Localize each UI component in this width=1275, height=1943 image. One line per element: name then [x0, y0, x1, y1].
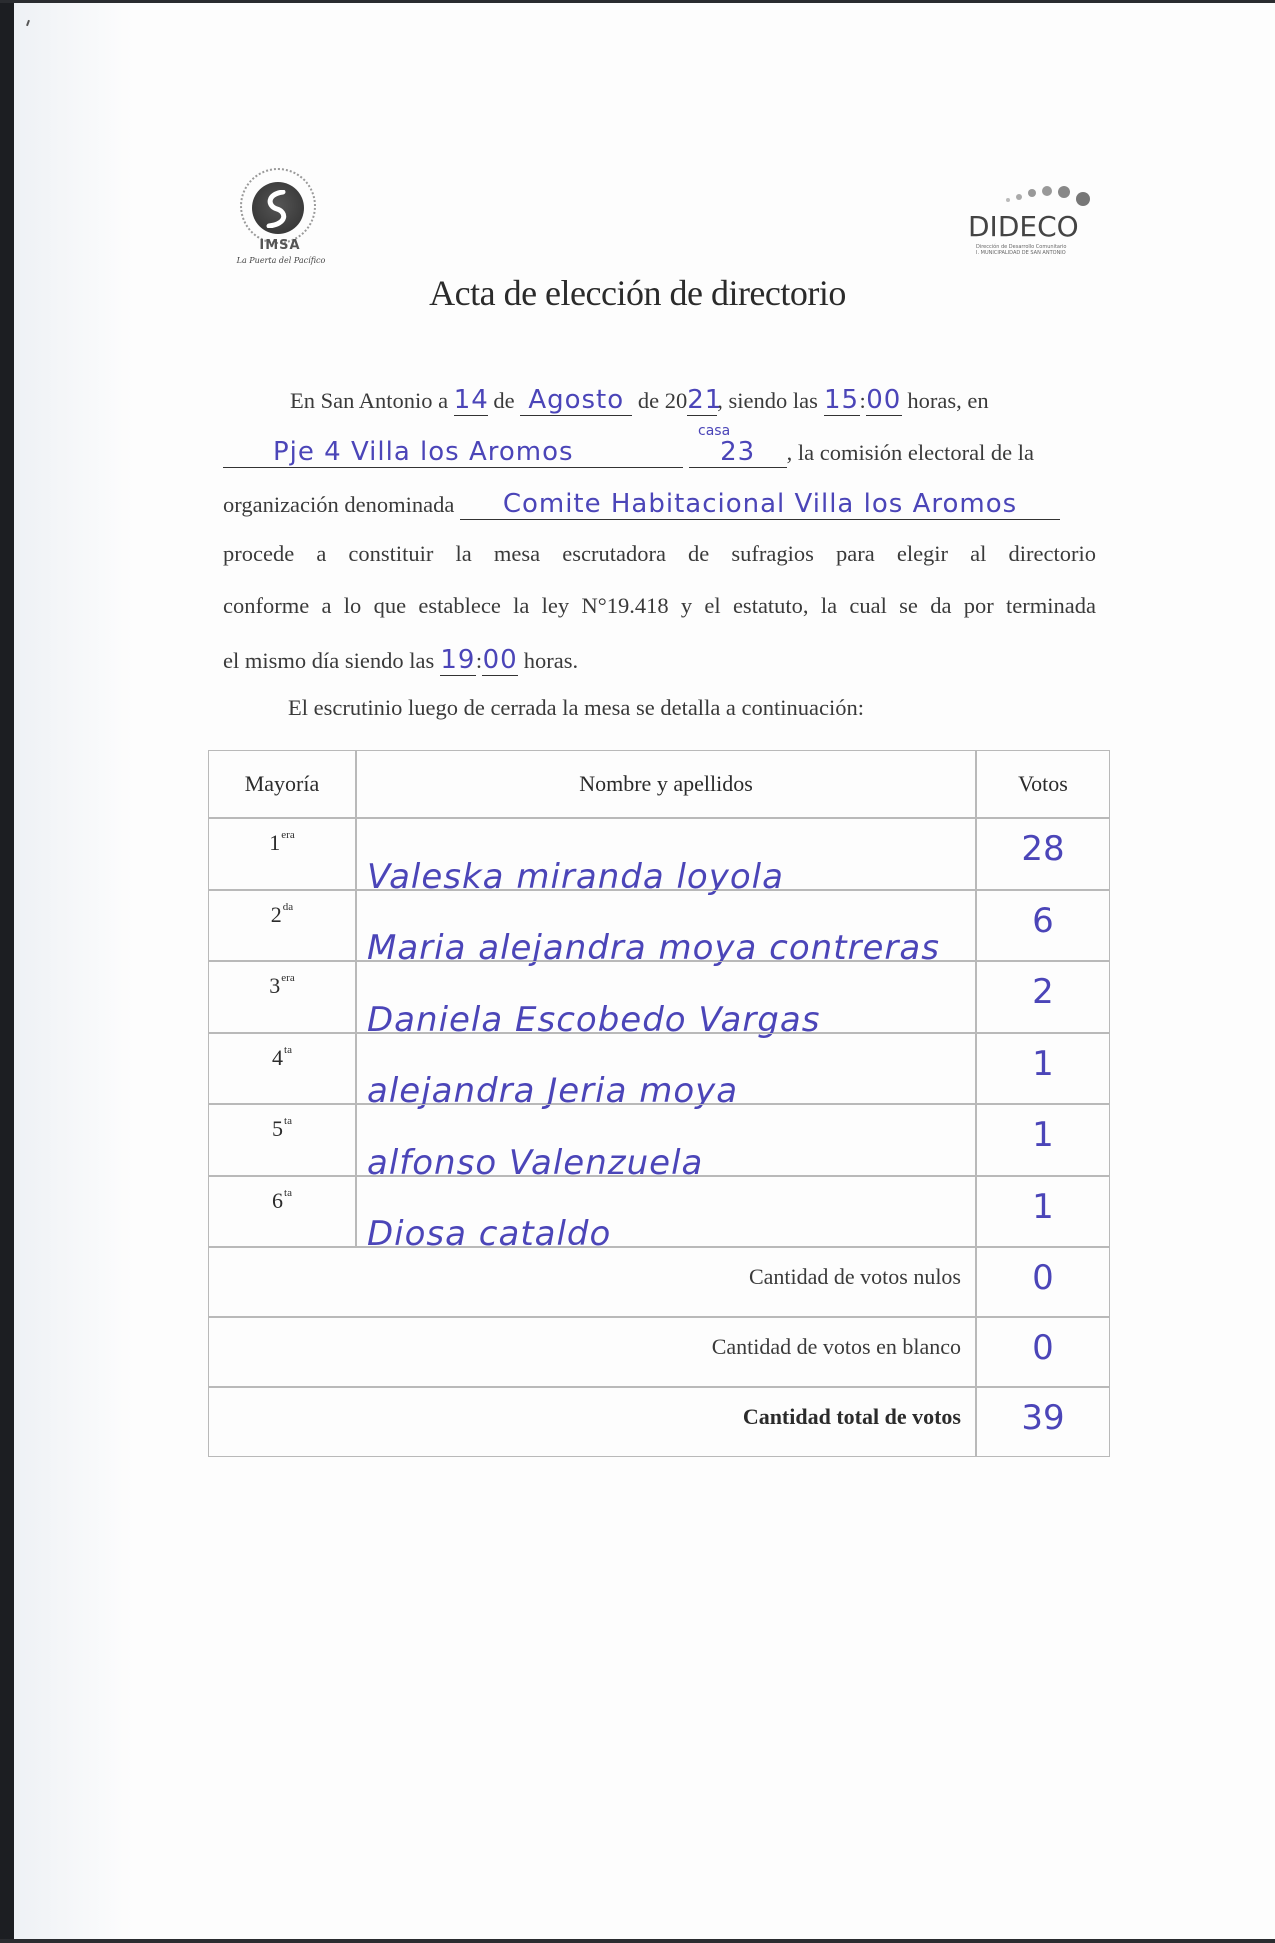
summary-row: Cantidad de votos nulos 0	[208, 1247, 1110, 1317]
river-s-icon	[263, 190, 291, 228]
header-name: Nombre y apellidos	[357, 771, 975, 797]
summary-value: 39	[977, 1398, 1109, 1438]
rank-suffix: era	[281, 972, 294, 984]
rank-cell: 4ta	[208, 1033, 356, 1105]
header-cell-name: Nombre y apellidos	[356, 750, 976, 818]
header-cell-votes: Votos	[976, 750, 1110, 818]
header-cell-rank: Mayoría	[208, 750, 356, 818]
summary-label: Cantidad de votos nulos	[749, 1264, 961, 1290]
imsa-name: IMSA	[250, 238, 310, 253]
rank-label: 4ta	[209, 1044, 355, 1071]
month-field[interactable]: Agosto	[520, 385, 632, 416]
body-line-4: procede a constituir la mesa escrutadora…	[223, 541, 1096, 581]
day-field[interactable]: 14	[454, 385, 488, 416]
header-votes: Votos	[977, 771, 1109, 797]
rank-cell: 1era	[208, 818, 356, 890]
rank-suffix: da	[283, 901, 293, 913]
place-number-field[interactable]: 23	[689, 437, 787, 468]
imsa-tagline: La Puerta del Pacífico	[222, 256, 340, 265]
candidate-votes: 2	[977, 972, 1109, 1012]
candidate-votes: 1	[977, 1115, 1109, 1155]
votes-cell[interactable]: 6	[976, 890, 1110, 962]
summary-label-cell: Cantidad de votos en blanco	[208, 1317, 976, 1387]
text-fragment: el mismo día siendo las	[223, 648, 434, 673]
end-minute-field[interactable]: 00	[482, 645, 518, 676]
rank-label: 3era	[209, 972, 355, 999]
rank-number: 6	[272, 1188, 283, 1213]
summary-value-cell[interactable]: 0	[976, 1247, 1110, 1317]
summary-row: Cantidad de votos en blanco 0	[208, 1317, 1110, 1387]
rank-suffix: ta	[284, 1115, 292, 1127]
votes-cell[interactable]: 1	[976, 1033, 1110, 1105]
place-field[interactable]: Pje 4 Villa los Aromos	[223, 437, 683, 468]
rank-label: 5ta	[209, 1115, 355, 1142]
results-intro: El escrutinio luego de cerrada la mesa s…	[288, 695, 864, 721]
text-fragment: En San Antonio a	[290, 388, 448, 413]
summary-label: Cantidad total de votos	[743, 1404, 961, 1430]
summary-value-cell[interactable]: 39	[976, 1387, 1110, 1457]
rank-number: 2	[271, 902, 282, 927]
votes-cell[interactable]: 28	[976, 818, 1110, 890]
votes-cell[interactable]: 1	[976, 1104, 1110, 1176]
text-fragment: organización denominada	[223, 492, 454, 517]
rank-number: 5	[272, 1116, 283, 1141]
scan-border-bottom	[0, 1939, 1275, 1943]
text-fragment: horas.	[524, 648, 578, 673]
rank-cell: 2da	[208, 890, 356, 962]
text-fragment: , la comisión electoral de la	[787, 440, 1034, 465]
table-row: 4ta alejandra Jeria moya 1	[208, 1033, 1110, 1105]
dideco-subtitle-line2: I. MUNICIPALIDAD DE SAN ANTONIO	[976, 250, 1101, 256]
organization-field[interactable]: Comite Habitacional Villa los Aromos	[460, 489, 1060, 520]
header-rank: Mayoría	[209, 771, 355, 797]
body-line-1: En San Antonio a 14 de Agosto de 2021, s…	[290, 385, 1096, 425]
body-line-6: el mismo día siendo las 19:00 horas.	[223, 645, 1096, 685]
name-cell[interactable]: Valeska miranda loyola	[356, 818, 976, 890]
start-minute-field[interactable]: 00	[866, 385, 902, 416]
name-cell[interactable]: Daniela Escobedo Vargas	[356, 961, 976, 1033]
table-header-row: Mayoría Nombre y apellidos Votos	[208, 750, 1110, 818]
table-row: 5ta alfonso Valenzuela 1	[208, 1104, 1110, 1176]
candidate-votes: 1	[977, 1044, 1109, 1084]
rank-number: 4	[272, 1045, 283, 1070]
summary-value: 0	[977, 1258, 1109, 1298]
summary-row: Cantidad total de votos 39	[208, 1387, 1110, 1457]
text-fragment: de 20	[638, 388, 687, 413]
summary-value-cell[interactable]: 0	[976, 1317, 1110, 1387]
rank-cell: 6ta	[208, 1176, 356, 1248]
rank-label: 2da	[209, 901, 355, 928]
end-hour-field[interactable]: 19	[440, 645, 476, 676]
text-fragment: de	[493, 388, 514, 413]
rank-label: 6ta	[209, 1187, 355, 1214]
table-row: 2da Maria alejandra moya contreras 6	[208, 890, 1110, 962]
summary-value: 0	[977, 1328, 1109, 1368]
rank-cell: 5ta	[208, 1104, 356, 1176]
dideco-name: DIDECO	[968, 210, 1079, 243]
place-annotation: casa	[698, 423, 730, 439]
candidate-votes: 1	[977, 1187, 1109, 1227]
rank-label: 1era	[209, 829, 355, 856]
text-fragment: horas, en	[907, 388, 988, 413]
rank-cell: 3era	[208, 961, 356, 1033]
votes-cell[interactable]: 2	[976, 961, 1110, 1033]
body-line-3: organización denominada Comite Habitacio…	[223, 489, 1096, 529]
summary-label: Cantidad de votos en blanco	[712, 1334, 961, 1360]
scan-border-top	[0, 0, 1275, 3]
name-cell[interactable]: Maria alejandra moya contreras	[356, 890, 976, 962]
year-field[interactable]: 21	[687, 385, 717, 416]
name-cell[interactable]: Diosa cataldo	[356, 1176, 976, 1248]
name-cell[interactable]: alejandra Jeria moya	[356, 1033, 976, 1105]
summary-label-cell: Cantidad total de votos	[208, 1387, 976, 1457]
start-hour-field[interactable]: 15	[824, 385, 860, 416]
candidate-votes: 28	[977, 829, 1109, 869]
candidate-votes: 6	[977, 901, 1109, 941]
rank-suffix: era	[281, 829, 294, 841]
dideco-logo: DIDECO Dirección de Desarrollo Comunitar…	[968, 178, 1098, 260]
dideco-subtitle: Dirección de Desarrollo Comunitario I. M…	[976, 244, 1101, 256]
rank-number: 1	[269, 830, 280, 855]
dideco-dots-icon	[1006, 182, 1096, 206]
document-title: Acta de elección de directorio	[0, 272, 1275, 314]
body-line-2: Pje 4 Villa los Aromos casa 23, la comis…	[223, 437, 1096, 477]
rank-number: 3	[269, 973, 280, 998]
text-fragment: , siendo las	[717, 388, 818, 413]
rank-suffix: ta	[284, 1044, 292, 1056]
table-row: 1era Valeska miranda loyola 28	[208, 818, 1110, 890]
table-row: 6ta Diosa cataldo 1	[208, 1176, 1110, 1248]
table-row: 3era Daniela Escobedo Vargas 2	[208, 961, 1110, 1033]
summary-label-cell: Cantidad de votos nulos	[208, 1247, 976, 1317]
name-cell[interactable]: alfonso Valenzuela	[356, 1104, 976, 1176]
body-line-5: conforme a lo que establece la ley N°19.…	[223, 593, 1096, 633]
votes-cell[interactable]: 1	[976, 1176, 1110, 1248]
imsa-logo: IMSA La Puerta del Pacífico	[222, 168, 340, 278]
rank-suffix: ta	[284, 1187, 292, 1199]
